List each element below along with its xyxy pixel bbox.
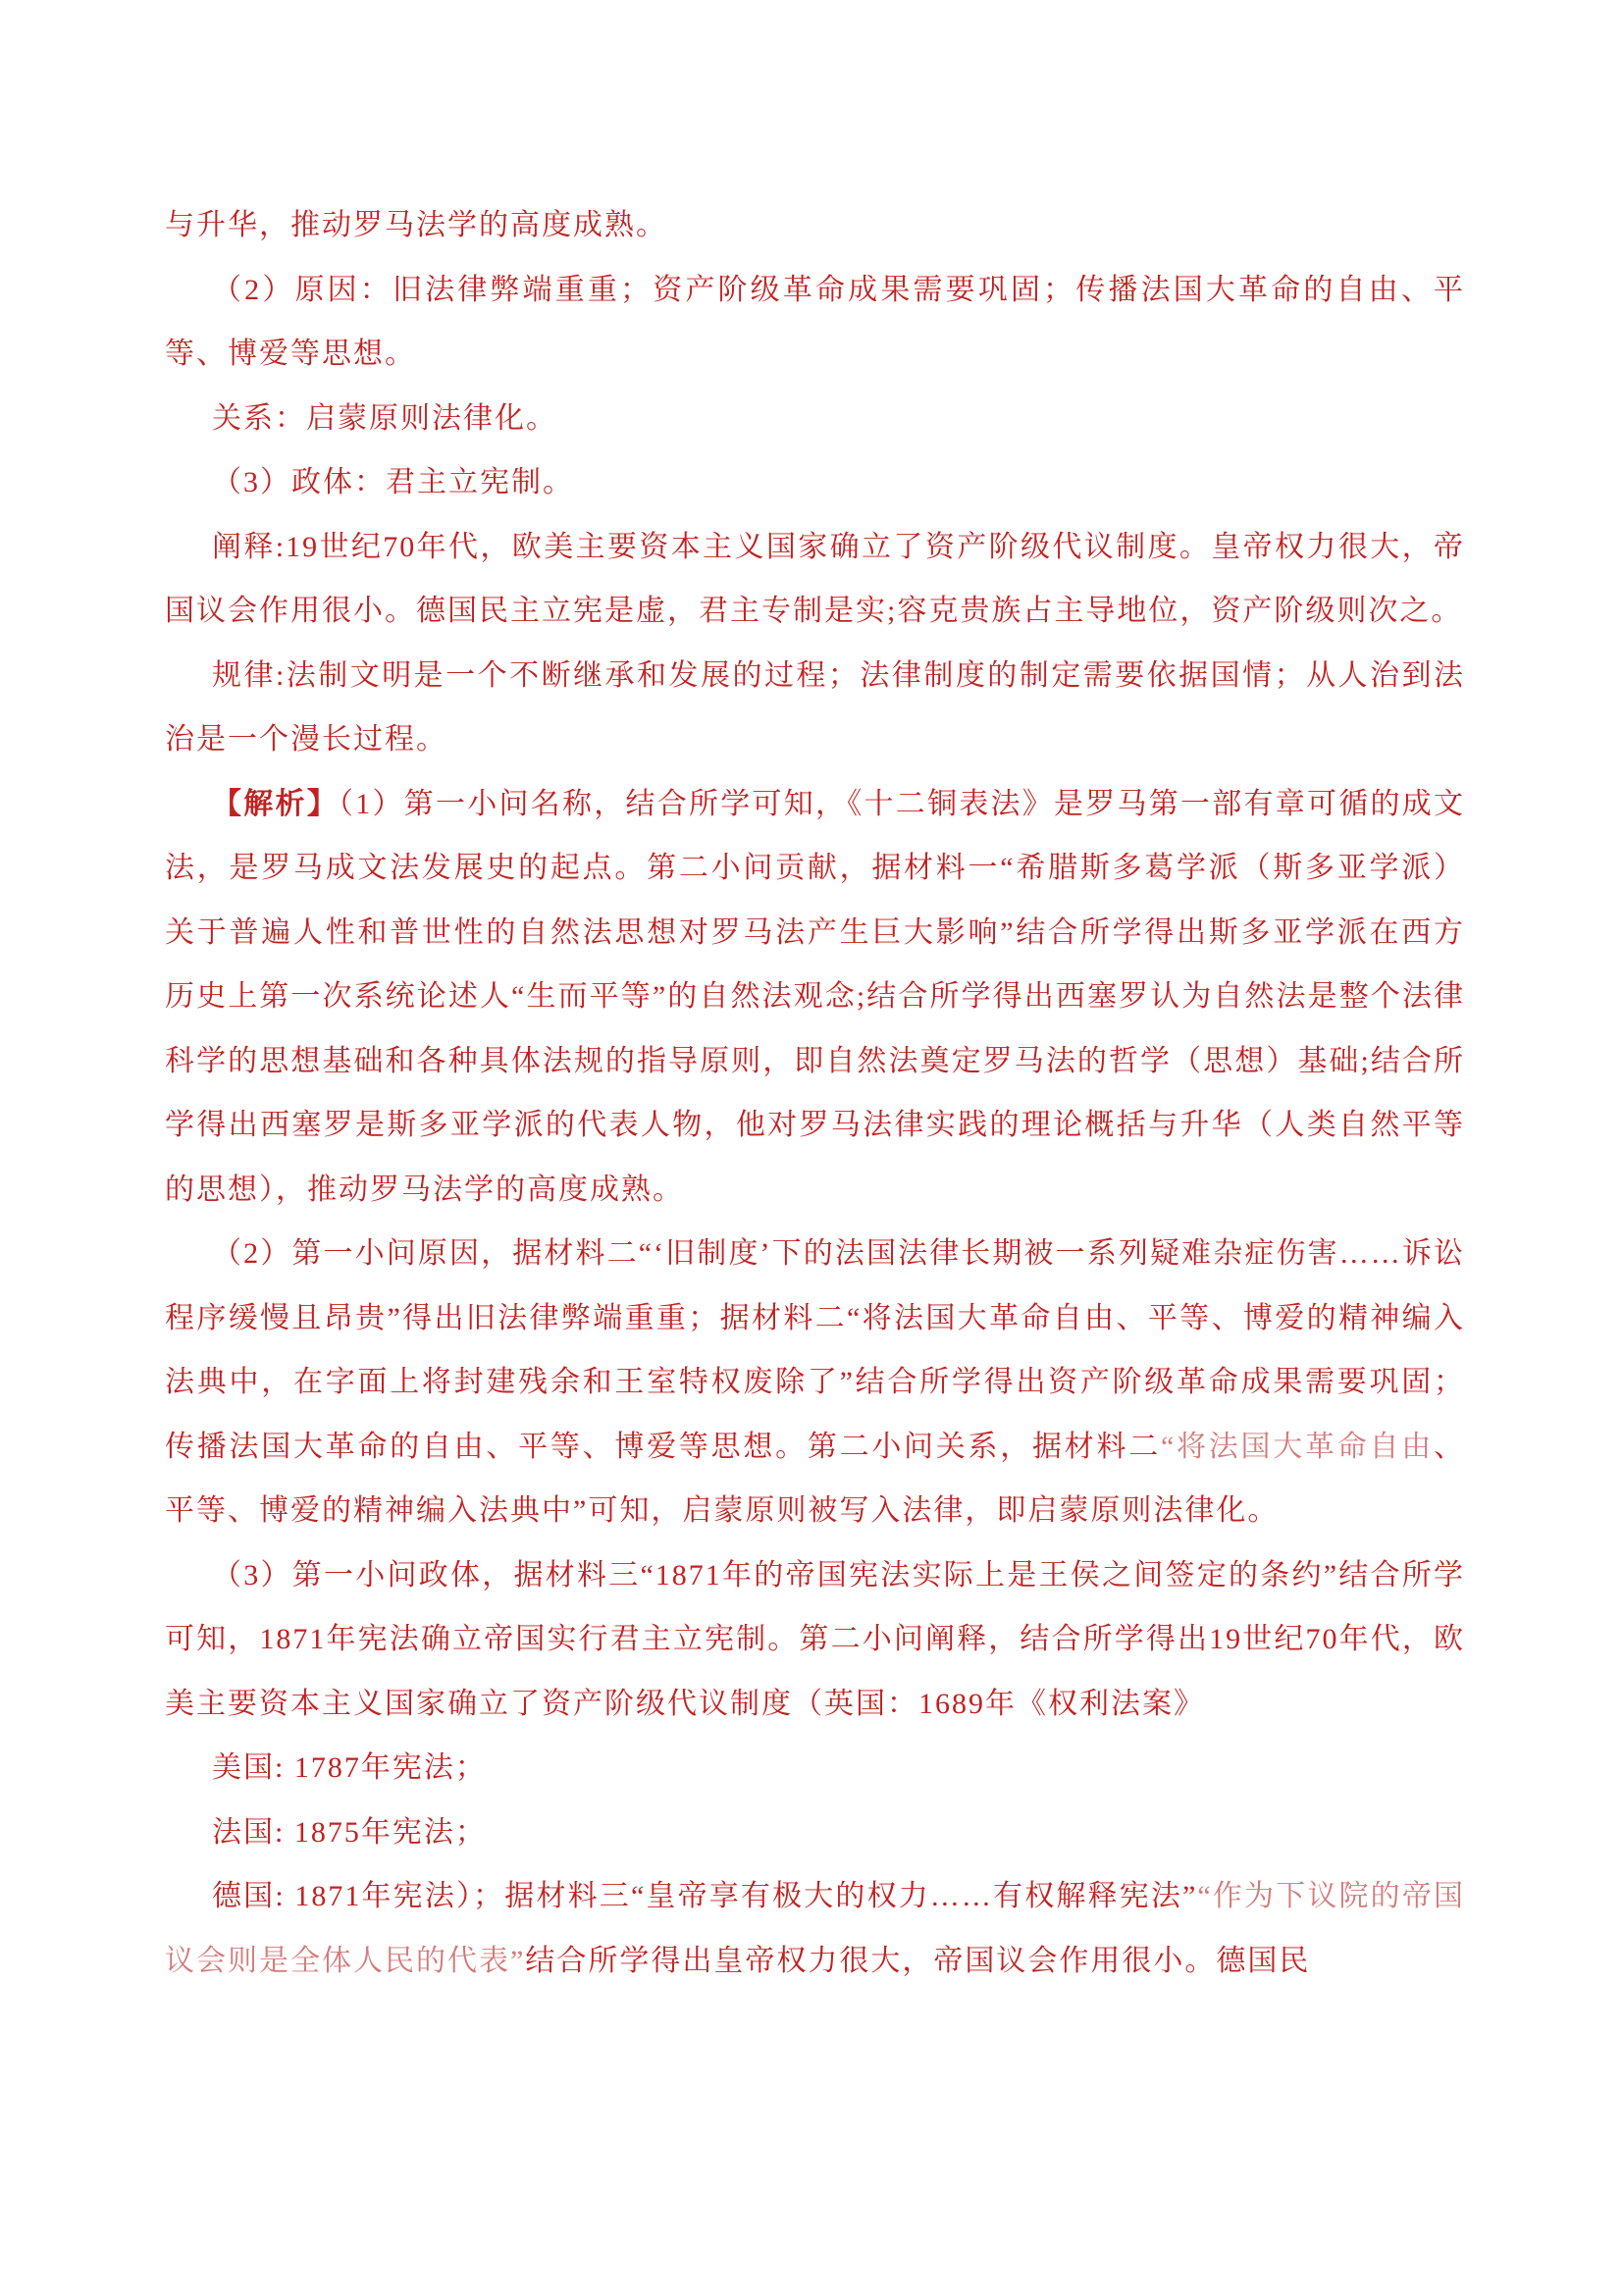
text-run-normal: （3）政体：君主立宪制。 bbox=[212, 466, 574, 498]
text-run-normal: 美国: 1787年宪法； bbox=[212, 1751, 487, 1784]
text-run-normal: 德国: 1871年宪法）；据材料三“皇帝享有极大的权力……有权解释宪法” bbox=[212, 1880, 1197, 1912]
text-run-normal: 关系：启蒙原则法律化。 bbox=[212, 402, 557, 435]
text-run-normal: （3）第一小问政体，据材料三“1871年的帝国宪法实际上是王侯之间签定的条约”结… bbox=[165, 1559, 1465, 1720]
paragraph: 【解析】（1）第一小问名称，结合所学可知，《十二铜表法》是罗马第一部有章可循的成… bbox=[165, 772, 1465, 1223]
paragraph: （3）政体：君主立宪制。 bbox=[165, 450, 1465, 515]
text-run-normal: 法国: 1875年宪法； bbox=[212, 1816, 487, 1849]
text-run-normal: 与升华，推动罗马法学的高度成熟。 bbox=[165, 209, 667, 241]
paragraph: 关系：启蒙原则法律化。 bbox=[165, 387, 1465, 451]
text-run-bold: 【解析】 bbox=[212, 788, 339, 820]
paragraph: 规律:法制文明是一个不断继承和发展的过程；法律制度的制定需要依据国情；从人治到法… bbox=[165, 644, 1465, 772]
text-run-normal: 结合所学得出皇帝权力很大，帝国议会作用很小。德国民 bbox=[525, 1945, 1310, 1977]
answer-analysis-text-block: 与升华，推动罗马法学的高度成熟。（2）原因：旧法律弊端重重；资产阶级革命成果需要… bbox=[165, 193, 1465, 1993]
paragraph: 与升华，推动罗马法学的高度成熟。 bbox=[165, 193, 1465, 258]
paragraph: （3）第一小问政体，据材料三“1871年的帝国宪法实际上是王侯之间签定的条约”结… bbox=[165, 1543, 1465, 1737]
text-run-normal: （1）第一小问名称，结合所学可知，《十二铜表法》是罗马第一部有章可循的成文法，是… bbox=[165, 788, 1465, 1206]
paragraph: （2）第一小问原因，据材料二“‘旧制度’下的法国法律长期被一系列疑难杂症伤害……… bbox=[165, 1222, 1465, 1543]
text-run-normal: （2）第一小问原因，据材料二“‘旧制度’下的法国法律长期被一系列疑难杂症伤害……… bbox=[165, 1237, 1465, 1463]
paragraph: 法国: 1875年宪法； bbox=[165, 1800, 1465, 1865]
text-run-light: “将法国大革命自由 bbox=[1161, 1431, 1434, 1463]
paragraph: （2）原因：旧法律弊端重重；资产阶级革命成果需要巩固；传播法国大革命的自由、平等… bbox=[165, 258, 1465, 387]
text-run-normal: 规律:法制文明是一个不断继承和发展的过程；法律制度的制定需要依据国情；从人治到法… bbox=[165, 659, 1465, 757]
document-page: 与升华，推动罗马法学的高度成熟。（2）原因：旧法律弊端重重；资产阶级革命成果需要… bbox=[0, 0, 1623, 2296]
paragraph: 阐释:19世纪70年代，欧美主要资本主义国家确立了资产阶级代议制度。皇帝权力很大… bbox=[165, 515, 1465, 644]
paragraph: 德国: 1871年宪法）；据材料三“皇帝享有极大的权力……有权解释宪法”“作为下… bbox=[165, 1864, 1465, 1993]
text-run-normal: 阐释:19世纪70年代，欧美主要资本主义国家确立了资产阶级代议制度。皇帝权力很大… bbox=[165, 531, 1465, 628]
paragraph: 美国: 1787年宪法； bbox=[165, 1736, 1465, 1800]
text-run-normal: （2）原因：旧法律弊端重重；资产阶级革命成果需要巩固；传播法国大革命的自由、平等… bbox=[165, 274, 1465, 371]
